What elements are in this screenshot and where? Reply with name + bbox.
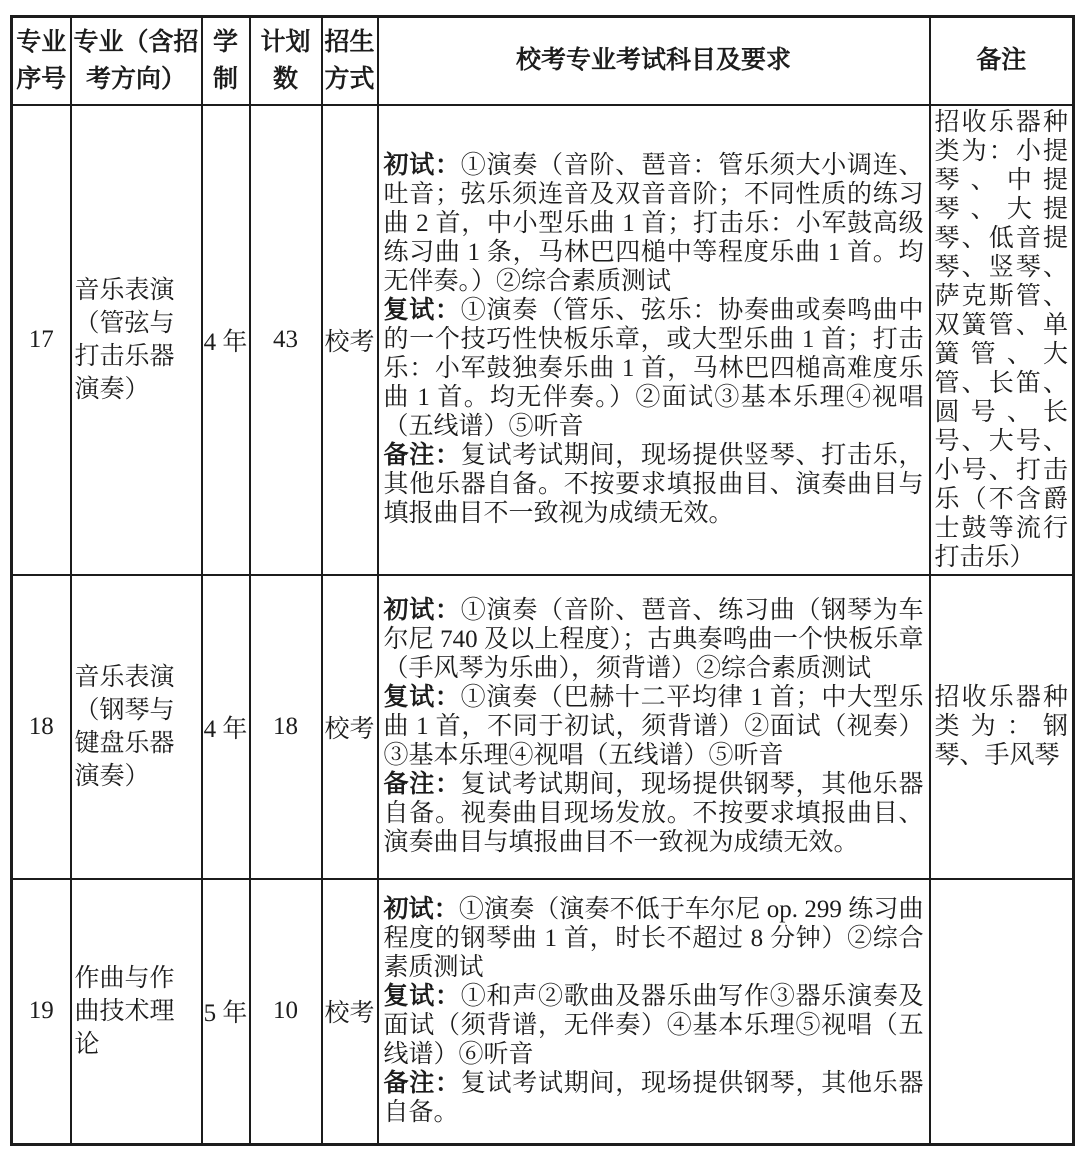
cell-remark: 招收乐器种类为：小提琴、中提琴、大提琴、低音提琴、竖琴、萨克斯管、双簧管、单簧管… bbox=[930, 105, 1074, 575]
exam-note-label: 备注： bbox=[384, 771, 461, 798]
cell-exam-subjects: 初试：①演奏（音阶、琶音：管乐须大小调连、吐音；弦乐须连音及双音音阶；不同性质的… bbox=[378, 105, 930, 575]
header-major-no: 专业序号 bbox=[12, 17, 71, 105]
exam-first-round: 初试：①演奏（音阶、琶音、练习曲（钢琴为车尔尼 740 及以上程度）；古典奏鸣曲… bbox=[384, 596, 924, 683]
header-remark: 备注 bbox=[930, 17, 1074, 105]
exam-note-text: 复试考试期间，现场提供钢琴，其他乐器自备。 bbox=[384, 1070, 924, 1126]
exam-second-round-label: 复试： bbox=[384, 983, 461, 1010]
table-row: 19 作曲与作曲技术理论 5 年 10 校考 初试：①演奏（演奏不低于车尔尼 o… bbox=[12, 879, 1074, 1145]
header-exam-subjects: 校考专业考试科目及要求 bbox=[378, 17, 930, 105]
exam-second-round: 复试：①演奏（管乐、弦乐：协奏曲或奏鸣曲中的一个技巧性快板乐章，或大型乐曲 1 … bbox=[384, 296, 924, 441]
exam-note-label: 备注： bbox=[384, 1070, 461, 1097]
cell-plan-count: 10 bbox=[250, 879, 322, 1145]
admissions-table: 专业序号 专业（含招考方向） 学制 计划数 招生方式 校考专业考试科目及要求 备… bbox=[10, 15, 1075, 1146]
cell-plan-count: 43 bbox=[250, 105, 322, 575]
exam-note: 备注：复试考试期间，现场提供钢琴，其他乐器自备。 bbox=[384, 1069, 924, 1127]
cell-major-name: 作曲与作曲技术理论 bbox=[71, 879, 202, 1145]
exam-first-round: 初试：①演奏（演奏不低于车尔尼 op. 299 练习曲程度的钢琴曲 1 首，时长… bbox=[384, 895, 924, 982]
header-major-name: 专业（含招考方向） bbox=[71, 17, 202, 105]
exam-first-round-label: 初试： bbox=[384, 896, 459, 923]
cell-major-name: 音乐表演（钢琴与键盘乐器演奏） bbox=[71, 575, 202, 879]
exam-second-round-label: 复试： bbox=[384, 684, 461, 711]
exam-second-round-text: ①和声②歌曲及器乐曲写作③器乐演奏及面试（须背谱，无伴奏）④基本乐理⑤视唱（五线… bbox=[384, 983, 924, 1068]
exam-note-text: 复试考试期间，现场提供钢琴，其他乐器自备。视奏曲目现场发放。不按要求填报曲目、演… bbox=[384, 771, 924, 856]
header-duration: 学制 bbox=[202, 17, 250, 105]
exam-note: 备注：复试考试期间，现场提供竖琴、打击乐，其他乐器自备。不按要求填报曲目、演奏曲… bbox=[384, 441, 924, 528]
cell-duration: 4 年 bbox=[202, 575, 250, 879]
exam-second-round: 复试：①和声②歌曲及器乐曲写作③器乐演奏及面试（须背谱，无伴奏）④基本乐理⑤视唱… bbox=[384, 982, 924, 1069]
table-row: 18 音乐表演（钢琴与键盘乐器演奏） 4 年 18 校考 初试：①演奏（音阶、琶… bbox=[12, 575, 1074, 879]
cell-remark: 招收乐器种类为：钢琴、手风琴 bbox=[930, 575, 1074, 879]
admissions-table-sheet: 专业序号 专业（含招考方向） 学制 计划数 招生方式 校考专业考试科目及要求 备… bbox=[10, 15, 1075, 1146]
cell-major-name: 音乐表演（管弦与打击乐器演奏） bbox=[71, 105, 202, 575]
cell-remark bbox=[930, 879, 1074, 1145]
exam-second-round-label: 复试： bbox=[384, 297, 461, 324]
exam-note-text: 复试考试期间，现场提供竖琴、打击乐，其他乐器自备。不按要求填报曲目、演奏曲目与填… bbox=[384, 442, 924, 527]
cell-duration: 4 年 bbox=[202, 105, 250, 575]
cell-major-no: 18 bbox=[12, 575, 71, 879]
cell-admission-method: 校考 bbox=[322, 575, 378, 879]
cell-major-no: 17 bbox=[12, 105, 71, 575]
exam-first-round-label: 初试： bbox=[384, 597, 461, 624]
exam-second-round-text: ①演奏（管乐、弦乐：协奏曲或奏鸣曲中的一个技巧性快板乐章，或大型乐曲 1 首；打… bbox=[384, 297, 924, 440]
exam-first-round-text: ①演奏（音阶、琶音：管乐须大小调连、吐音；弦乐须连音及双音音阶；不同性质的练习曲… bbox=[384, 152, 924, 295]
cell-plan-count: 18 bbox=[250, 575, 322, 879]
cell-admission-method: 校考 bbox=[322, 879, 378, 1145]
exam-note-label: 备注： bbox=[384, 442, 461, 469]
table-row: 17 音乐表演（管弦与打击乐器演奏） 4 年 43 校考 初试：①演奏（音阶、琶… bbox=[12, 105, 1074, 575]
cell-admission-method: 校考 bbox=[322, 105, 378, 575]
header-admission-method: 招生方式 bbox=[322, 17, 378, 105]
table-header-row: 专业序号 专业（含招考方向） 学制 计划数 招生方式 校考专业考试科目及要求 备… bbox=[12, 17, 1074, 105]
exam-second-round: 复试：①演奏（巴赫十二平均律 1 首；中大型乐曲 1 首，不同于初试，须背谱）②… bbox=[384, 683, 924, 770]
exam-first-round: 初试：①演奏（音阶、琶音：管乐须大小调连、吐音；弦乐须连音及双音音阶；不同性质的… bbox=[384, 151, 924, 296]
exam-note: 备注：复试考试期间，现场提供钢琴，其他乐器自备。视奏曲目现场发放。不按要求填报曲… bbox=[384, 770, 924, 857]
exam-second-round-text: ①演奏（巴赫十二平均律 1 首；中大型乐曲 1 首，不同于初试，须背谱）②面试（… bbox=[384, 684, 924, 769]
cell-major-no: 19 bbox=[12, 879, 71, 1145]
cell-exam-subjects: 初试：①演奏（音阶、琶音、练习曲（钢琴为车尔尼 740 及以上程度）；古典奏鸣曲… bbox=[378, 575, 930, 879]
cell-exam-subjects: 初试：①演奏（演奏不低于车尔尼 op. 299 练习曲程度的钢琴曲 1 首，时长… bbox=[378, 879, 930, 1145]
exam-first-round-text: ①演奏（演奏不低于车尔尼 op. 299 练习曲程度的钢琴曲 1 首，时长不超过… bbox=[384, 896, 924, 981]
exam-first-round-label: 初试： bbox=[384, 152, 461, 179]
cell-duration: 5 年 bbox=[202, 879, 250, 1145]
exam-first-round-text: ①演奏（音阶、琶音、练习曲（钢琴为车尔尼 740 及以上程度）；古典奏鸣曲一个快… bbox=[384, 597, 924, 682]
header-plan-count: 计划数 bbox=[250, 17, 322, 105]
